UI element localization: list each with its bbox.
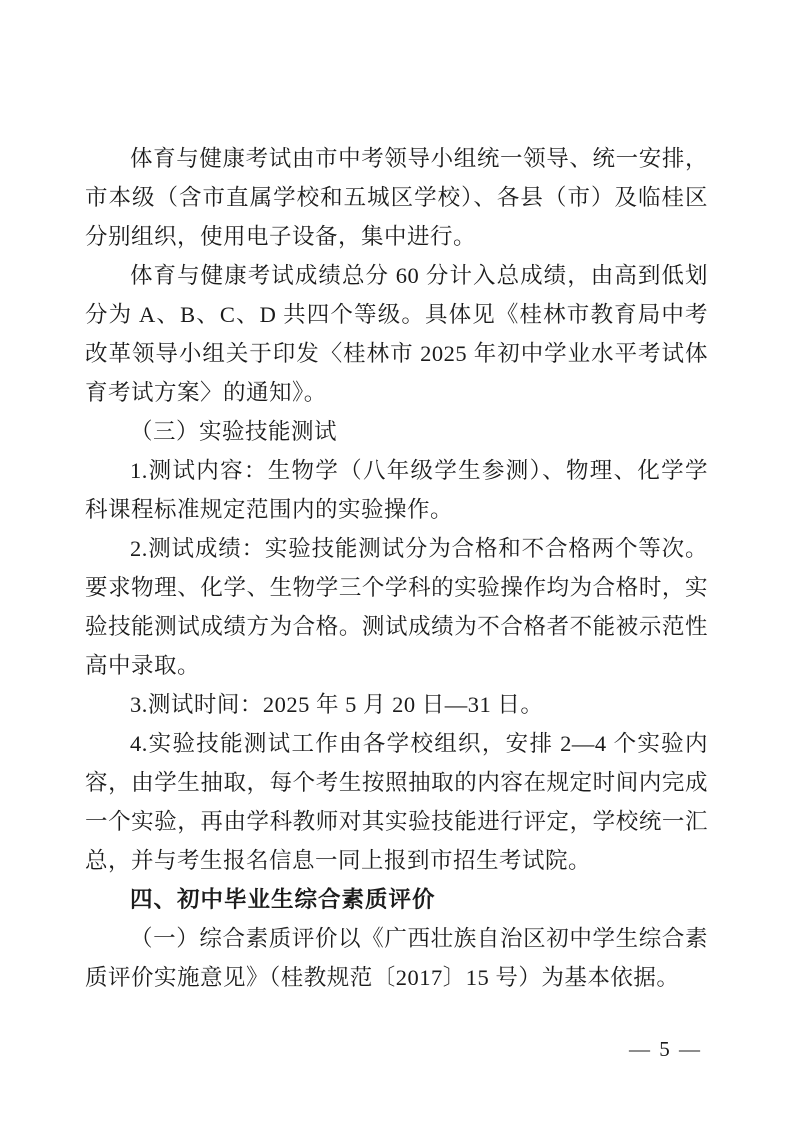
- document-body: 体育与健康考试由市中考领导小组统一领导、统一安排，市本级（含市直属学校和五城区学…: [85, 139, 708, 997]
- page-number: — 5 —: [629, 1036, 702, 1062]
- paragraph-test-score: 2.测试成绩：实验技能测试分为合格和不合格两个等次。要求物理、化学、生物学三个学…: [85, 529, 708, 685]
- paragraph-test-time: 3.测试时间：2025 年 5 月 20 日—31 日。: [85, 685, 708, 724]
- paragraph-test-organization: 4.实验技能测试工作由各学校组织，安排 2—4 个实验内容，由学生抽取，每个考生…: [85, 724, 708, 880]
- paragraph-test-content: 1.测试内容：生物学（八年级学生参测）、物理、化学学科课程标准规定范围内的实验操…: [85, 451, 708, 529]
- paragraph-pe-score: 体育与健康考试成绩总分 60 分计入总成绩，由高到低划分为 A、B、C、D 共四…: [85, 256, 708, 412]
- paragraph-pe-organization: 体育与健康考试由市中考领导小组统一领导、统一安排，市本级（含市直属学校和五城区学…: [85, 139, 708, 256]
- document-page: 体育与健康考试由市中考领导小组统一领导、统一安排，市本级（含市直属学校和五城区学…: [0, 0, 800, 1131]
- section-subheading-experiment-skills: （三）实验技能测试: [85, 412, 708, 451]
- section-heading-comprehensive-quality: 四、初中毕业生综合素质评价: [85, 880, 708, 919]
- paragraph-quality-evaluation-basis: （一）综合素质评价以《广西壮族自治区初中学生综合素质评价实施意见》（桂教规范〔2…: [85, 919, 708, 997]
